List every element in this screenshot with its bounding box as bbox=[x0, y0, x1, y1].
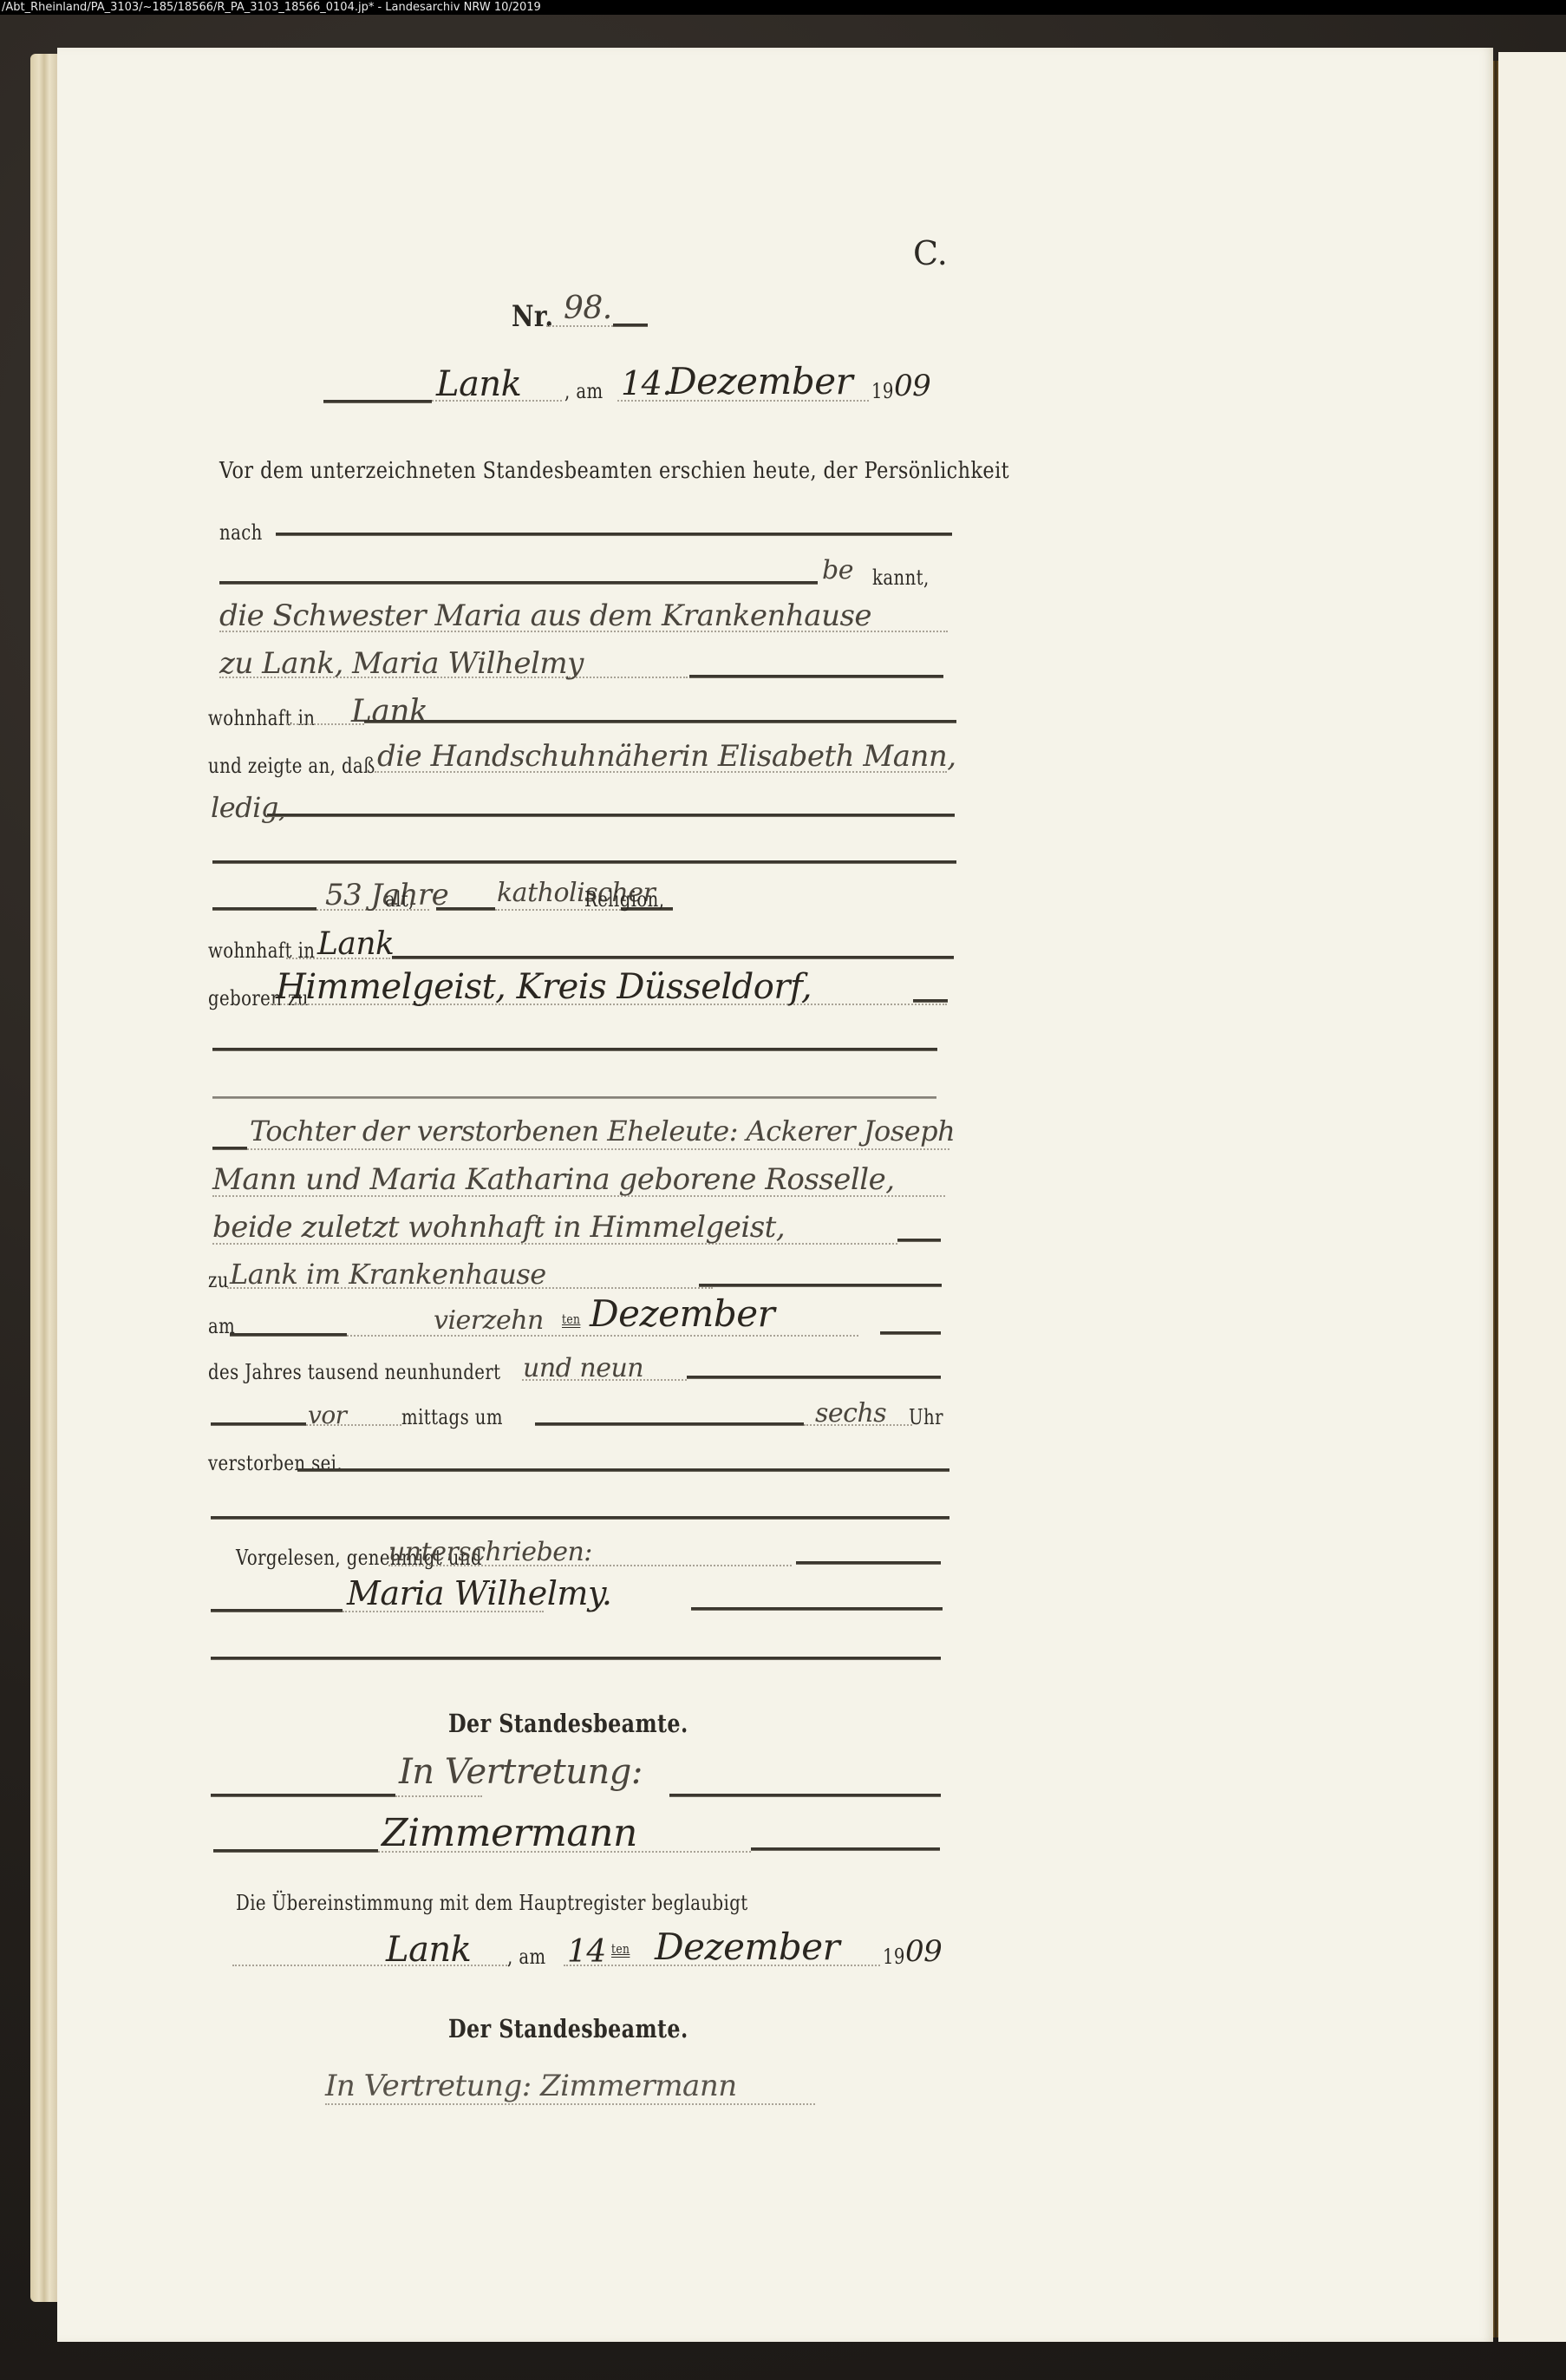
ten-label: ten bbox=[562, 1311, 580, 1327]
verstorben-rule bbox=[297, 1468, 949, 1472]
blank-rule-3 bbox=[212, 1096, 936, 1099]
header-year-prefix: 19 bbox=[871, 379, 894, 403]
parents-line-3: beide zuletzt wohnhaft in Himmelgeist, bbox=[212, 1210, 785, 1245]
birthplace: Himmelgeist, Kreis Düsseldorf, bbox=[276, 967, 812, 1007]
header-month: Dezember bbox=[668, 360, 852, 402]
blank-rule-2 bbox=[212, 1048, 937, 1051]
time-rule-left bbox=[211, 1422, 306, 1426]
death-hour: sechs bbox=[815, 1398, 886, 1429]
bekannt-label: kannt, bbox=[872, 566, 930, 590]
death-date-dotline bbox=[347, 1335, 858, 1337]
cert-year-suffix: 09 bbox=[905, 1934, 942, 1969]
religion-label: Religion, bbox=[584, 887, 664, 912]
form-letter: C. bbox=[913, 234, 948, 272]
certification-text: Die Übereinstimmung mit dem Hauptregiste… bbox=[236, 1891, 748, 1915]
header-rule-left bbox=[323, 400, 432, 403]
final-signature: In Vertretung: Zimmermann bbox=[325, 2069, 737, 2103]
death-day-rule bbox=[230, 1333, 347, 1337]
mittags-label: mittags um bbox=[401, 1405, 503, 1429]
registrar-heading: Der Standesbeamte. bbox=[448, 1709, 688, 1738]
deceased-line-2: ledig, bbox=[211, 791, 287, 824]
record-number: 98. bbox=[564, 291, 612, 326]
vertretung-dotline bbox=[395, 1795, 482, 1797]
informant-line-1: die Schwester Maria aus dem Krankenhause bbox=[219, 598, 871, 633]
cert-am: , am bbox=[507, 1945, 546, 1969]
informant-signature: Maria Wilhelmy. bbox=[347, 1574, 611, 1612]
nach-label: nach bbox=[219, 520, 263, 545]
cert-month: Dezember bbox=[655, 1926, 839, 1968]
blank-rule-5 bbox=[211, 1657, 941, 1660]
signature-rule-right bbox=[691, 1607, 943, 1611]
deceased-rule-2 bbox=[267, 814, 955, 817]
birthplace-rule bbox=[913, 999, 948, 1003]
wohnhaft-label: wohnhaft in bbox=[208, 706, 315, 730]
deceased-residence: Lank bbox=[317, 926, 394, 962]
nach-rule bbox=[276, 533, 952, 536]
informant-line-2: zu Lank, Maria Wilhelmy bbox=[219, 646, 584, 681]
cert-place: Lank bbox=[386, 1930, 471, 1970]
final-signature-dotline bbox=[325, 2103, 815, 2105]
header-place: Lank bbox=[436, 364, 521, 404]
blank-rule-1 bbox=[212, 860, 956, 864]
jahres-label: des Jahres tausend neunhundert bbox=[208, 1360, 500, 1384]
death-place: Lank im Krankenhause bbox=[230, 1258, 546, 1291]
zu-label: zu bbox=[208, 1268, 229, 1292]
registrar-sig-rule-right bbox=[751, 1847, 940, 1851]
death-month-rule bbox=[880, 1331, 941, 1335]
unterschrieben-hand: unterschrieben: bbox=[388, 1537, 592, 1567]
unterschrieben-rule bbox=[796, 1561, 941, 1565]
header-day: 14. bbox=[621, 364, 672, 402]
header-year-suffix: 09 bbox=[894, 369, 930, 403]
zeigte-label: und zeigte an, daß bbox=[208, 754, 375, 778]
blank-rule-4 bbox=[211, 1516, 949, 1520]
registrar-sig-rule-left bbox=[213, 1849, 378, 1853]
registrar-vertretung: In Vertretung: bbox=[399, 1752, 643, 1792]
number-label: Nr. bbox=[512, 299, 554, 334]
header-am: , am bbox=[564, 379, 604, 403]
death-year-words: und neun bbox=[523, 1353, 643, 1383]
parents-line-1: Tochter der verstorbenen Eheleute: Acker… bbox=[250, 1115, 955, 1147]
death-month: Dezember bbox=[590, 1292, 774, 1335]
signature-rule-left bbox=[211, 1609, 343, 1612]
informant-residence: Lank bbox=[351, 694, 427, 729]
death-record-form: C. Nr. 98. Lank , am 14. Dezember 19 09 … bbox=[0, 0, 1566, 2380]
death-day: vierzehn bbox=[434, 1305, 544, 1336]
informant-rule-2 bbox=[689, 675, 943, 678]
alt-label: alt, bbox=[385, 887, 414, 912]
cert-ten: ten bbox=[611, 1941, 630, 1957]
deathplace-rule bbox=[699, 1284, 942, 1287]
cert-year-prefix: 19 bbox=[883, 1945, 905, 1969]
parents-rule-3 bbox=[897, 1239, 941, 1242]
age-rule-left bbox=[212, 907, 316, 911]
hour-rule bbox=[535, 1422, 804, 1426]
bekannt-rule bbox=[219, 581, 818, 585]
death-year-rule bbox=[687, 1376, 941, 1379]
time-ampm: vor bbox=[308, 1401, 347, 1429]
parents-line-2: Mann und Maria Katharina geborene Rossel… bbox=[212, 1162, 895, 1197]
parents-rule-left bbox=[212, 1147, 247, 1150]
vertretung-rule-left bbox=[211, 1794, 395, 1797]
religion-rule-left bbox=[436, 907, 495, 911]
parents-dotline-1 bbox=[247, 1148, 949, 1150]
residence-rule bbox=[364, 720, 956, 723]
number-underline bbox=[613, 324, 648, 327]
registrar-heading-2: Der Standesbeamte. bbox=[448, 2014, 688, 2043]
deceased-line-1: die Handschuhnäherin Elisabeth Mann, bbox=[377, 739, 956, 774]
uhr-label: Uhr bbox=[909, 1405, 943, 1429]
registrar-signature: Zimmermann bbox=[382, 1811, 637, 1855]
intro-text: Vor dem unterzeichneten Standesbeamten e… bbox=[219, 458, 1009, 484]
cert-day: 14 bbox=[567, 1934, 606, 1970]
vertretung-rule-right bbox=[669, 1794, 941, 1797]
bekannt-hand: be bbox=[822, 555, 853, 585]
residence2-rule bbox=[392, 956, 954, 959]
